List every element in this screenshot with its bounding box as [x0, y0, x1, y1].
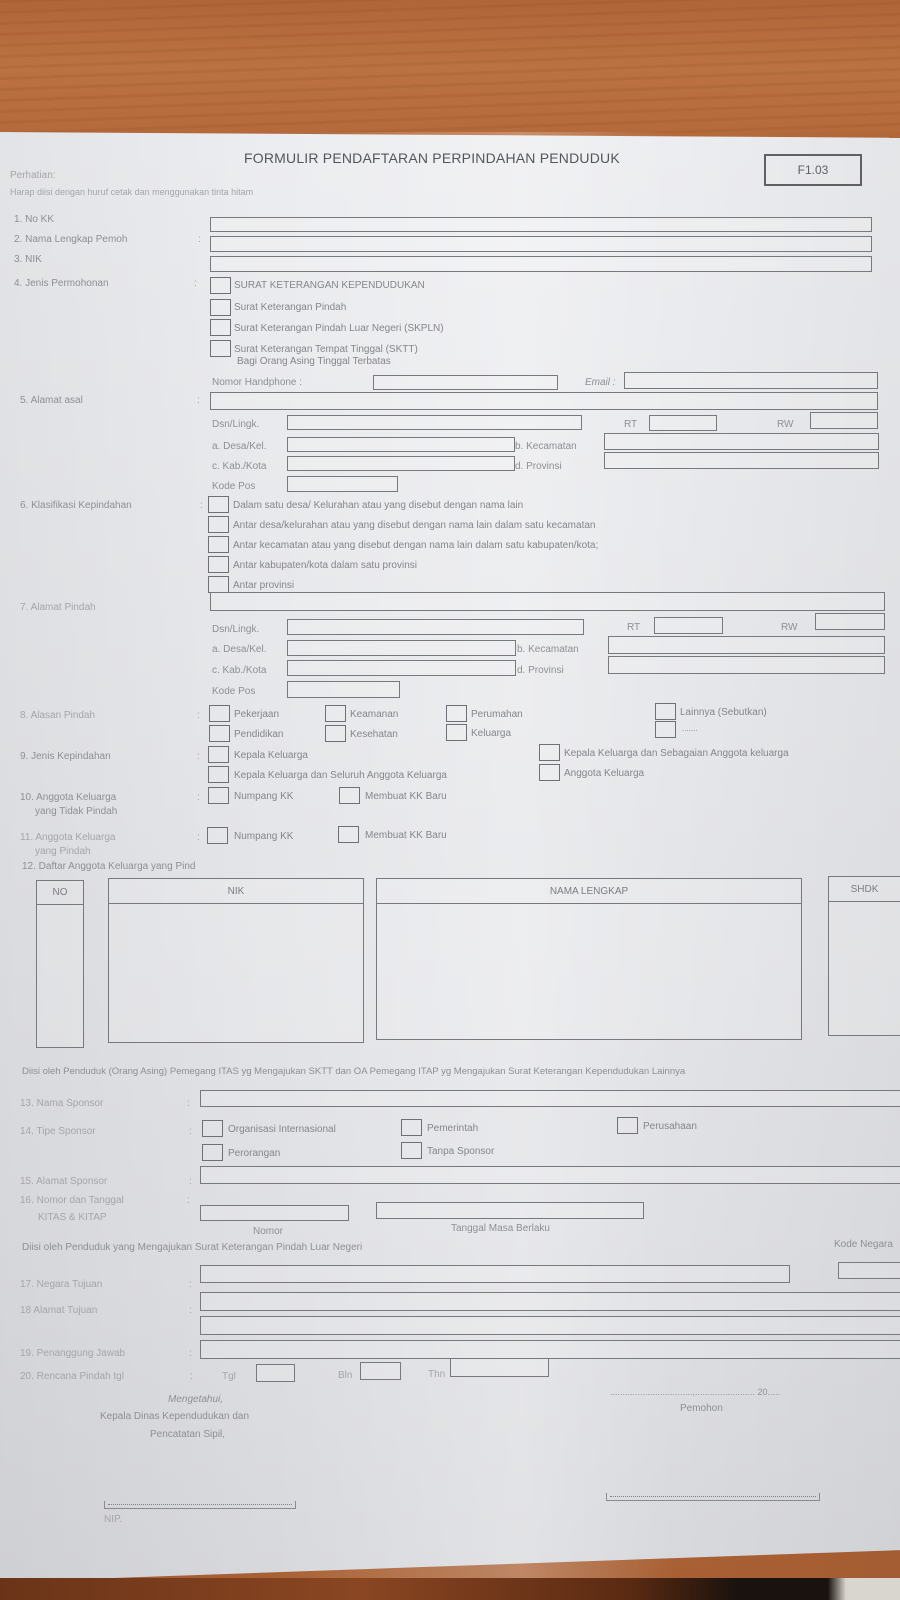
column-header-no: NO: [37, 881, 83, 905]
checkbox-lainnya-text[interactable]: [655, 721, 676, 738]
label-pindah-provinsi: d. Provinsi: [517, 665, 564, 677]
label-asal-dsn: Dsn/Lingk.: [212, 419, 259, 431]
checkbox-klasifikasi-1[interactable]: [208, 496, 229, 513]
colon: :: [190, 1371, 193, 1382]
label-rencana-pindah: 20. Rencana Pindah tgl: [20, 1371, 124, 1383]
checkbox-kepala-keluarga[interactable]: [208, 746, 229, 763]
label-penanggung-jawab: 19. Penanggung Jawab: [20, 1348, 125, 1360]
option-klasifikasi-1: Dalam satu desa/ Kelurahan atau yang dis…: [233, 500, 523, 512]
option-klasifikasi-5: Antar provinsi: [233, 580, 294, 592]
label-asal-kode-pos: Kode Pos: [212, 481, 255, 493]
label-pindah-1: 11. Anggota Keluarga: [20, 832, 115, 844]
option-perumahan: Perumahan: [471, 709, 523, 721]
checkbox-kk-sebagian[interactable]: [539, 744, 560, 761]
option-perusahaan: Perusahaan: [643, 1121, 697, 1133]
checkbox-klasifikasi-3[interactable]: [208, 536, 229, 553]
asal-rw-field[interactable]: [810, 412, 878, 429]
pindah-provinsi-field[interactable]: [608, 656, 885, 674]
label-tidak-pindah-2: yang Tidak Pindah: [35, 806, 117, 818]
table-column-nama-lengkap: NAMA LENGKAP: [376, 878, 802, 1040]
colon: :: [187, 1098, 190, 1109]
pindah-rt-field[interactable]: [654, 617, 723, 634]
option-sk-pindah: Surat Keterangan Pindah: [234, 302, 346, 314]
checkbox-kk-seluruh[interactable]: [208, 766, 229, 783]
colon: :: [197, 710, 200, 721]
asal-rt-field[interactable]: [649, 415, 717, 431]
checkbox-sktt[interactable]: [210, 340, 231, 357]
alamat-sponsor-field[interactable]: [200, 1166, 900, 1184]
checkbox-pekerjaan[interactable]: [209, 705, 230, 722]
alamat-tujuan-field-1[interactable]: [200, 1292, 900, 1311]
asal-kab-field[interactable]: [287, 456, 515, 471]
pindah-dsn-field[interactable]: [287, 619, 584, 635]
checkbox-klasifikasi-5[interactable]: [208, 576, 229, 593]
label-pindah-kab: c. Kab./Kota: [212, 665, 266, 677]
checkbox-keamanan[interactable]: [325, 705, 346, 722]
label-pindah-kode-pos: Kode Pos: [212, 686, 255, 698]
notice-label: Perhatian:: [10, 170, 56, 182]
label-jenis-permohonan: 4. Jenis Permohonan: [14, 278, 109, 290]
asal-kecamatan-field[interactable]: [604, 433, 879, 450]
option-klasifikasi-2: Antar desa/kelurahan atau yang disebut d…: [233, 520, 595, 532]
option-pendidikan: Pendidikan: [234, 729, 283, 741]
option-organisasi-internasional: Organisasi Internasional: [228, 1124, 336, 1136]
label-pindah-desa: a. Desa/Kel.: [212, 644, 266, 656]
asal-provinsi-field[interactable]: [604, 452, 879, 469]
label-tanggal-berlaku: Tanggal Masa Berlaku: [451, 1223, 550, 1235]
colon: :: [189, 1126, 192, 1137]
label-alamat-asal: 5. Alamat asal: [20, 395, 83, 407]
pindah-kecamatan-field[interactable]: [608, 636, 885, 654]
option-kesehatan: Kesehatan: [350, 729, 398, 741]
colon: :: [189, 1348, 192, 1359]
colon: :: [189, 1279, 192, 1290]
asal-kode-pos-field[interactable]: [287, 476, 398, 492]
checkbox-skk[interactable]: [210, 277, 231, 294]
table-column-nik: NIK: [108, 878, 364, 1043]
colon: :: [197, 792, 200, 803]
kitas-nomor-field[interactable]: [200, 1205, 349, 1221]
email-field[interactable]: [624, 372, 878, 389]
penanggung-jawab-field[interactable]: [200, 1340, 900, 1359]
kepala-signature-dots: [108, 1504, 292, 1505]
form-code: F1.03: [764, 154, 862, 186]
label-pindah-dsn: Dsn/Lingk.: [212, 624, 259, 636]
nama-sponsor-field[interactable]: [200, 1090, 900, 1107]
nip-label: NIP.: [104, 1514, 122, 1526]
colon: :: [187, 1195, 190, 1206]
table-column-no: NO: [36, 880, 84, 1048]
checkbox-skpln[interactable]: [210, 319, 231, 336]
label-alamat-tujuan: 18 Alamat Tujuan: [20, 1305, 97, 1317]
colon: :: [194, 278, 197, 289]
checkbox-tanpa-sponsor[interactable]: [401, 1142, 422, 1159]
checkbox-klasifikasi-4[interactable]: [208, 556, 229, 573]
option-kk-seluruh: Kepala Keluarga dan Seluruh Anggota Kelu…: [234, 770, 447, 782]
option-skk: SURAT KETERANGAN KEPENDUDUKAN: [234, 280, 425, 292]
checkbox-pemerintah[interactable]: [401, 1119, 422, 1136]
option-pemerintah: Pemerintah: [427, 1123, 478, 1135]
checkbox-anggota-keluarga[interactable]: [539, 764, 560, 781]
label-tidak-pindah-1: 10. Anggota Keluarga: [20, 792, 116, 804]
checkbox-pindah-kk-baru[interactable]: [338, 826, 359, 843]
label-asal-kecamatan: b. Kecamatan: [515, 441, 577, 453]
checkbox-perorangan[interactable]: [202, 1144, 223, 1161]
label-pindah-rw: RW: [781, 622, 797, 634]
kitas-tanggal-field[interactable]: [376, 1202, 644, 1219]
label-pindah-rt: RT: [627, 622, 640, 634]
label-jenis-kepindahan: 9. Jenis Kepindahan: [20, 751, 111, 763]
label-pindah-2: yang Pindah: [35, 846, 91, 858]
no-kk-field[interactable]: [210, 217, 872, 232]
pencatatan-sipil-label: Pencatatan Sipil,: [150, 1429, 225, 1441]
option-klasifikasi-3: Antar kecamatan atau yang disebut dengan…: [233, 540, 598, 552]
date-line: .................................,......…: [610, 1386, 780, 1398]
checkbox-tidak-pindah-numpang[interactable]: [208, 787, 229, 804]
column-header-nik: NIK: [109, 879, 363, 904]
label-alasan-pindah: 8. Alasan Pindah: [20, 710, 95, 722]
checkbox-pendidikan[interactable]: [209, 725, 230, 742]
label-nomor-tanggal-2: KITAS & KITAP: [38, 1212, 107, 1224]
sktt-sub-note: Bagi Orang Asing Tinggal Terbatas: [237, 356, 391, 368]
thn-field[interactable]: [450, 1358, 549, 1377]
label-nomor: Nomor: [253, 1226, 283, 1238]
label-negara-tujuan: 17. Negara Tujuan: [20, 1279, 102, 1291]
alamat-tujuan-field-2[interactable]: [200, 1316, 900, 1335]
phone-field[interactable]: [373, 375, 558, 390]
lainnya-blank: .......: [682, 723, 698, 735]
option-pindah-kk-baru: Membuat KK Baru: [365, 830, 447, 842]
label-asal-rt: RT: [624, 419, 637, 431]
nik-field[interactable]: [210, 256, 872, 272]
checkbox-sk-pindah[interactable]: [210, 299, 231, 316]
option-pekerjaan: Pekerjaan: [234, 709, 279, 721]
pemohon-label: Pemohon: [680, 1403, 723, 1415]
checkbox-pindah-numpang[interactable]: [207, 827, 228, 844]
colon: :: [200, 500, 203, 511]
checkbox-keluarga[interactable]: [446, 724, 467, 741]
kepala-dinas-label: Kepala Dinas Kependudukan dan: [100, 1411, 249, 1423]
checkbox-lainnya[interactable]: [655, 703, 676, 720]
tgl-field[interactable]: [256, 1364, 295, 1382]
colon: :: [198, 234, 201, 245]
wooden-table-background-bottom: [0, 1578, 900, 1600]
asal-dsn-field[interactable]: [287, 415, 582, 430]
label-alamat-pindah: 7. Alamat Pindah: [20, 602, 96, 614]
label-asal-provinsi: d. Provinsi: [515, 461, 562, 473]
option-anggota-keluarga: Anggota Keluarga: [564, 768, 644, 780]
pindah-desa-field[interactable]: [287, 640, 516, 656]
checkbox-kesehatan[interactable]: [325, 725, 346, 742]
column-header-nama-lengkap: NAMA LENGKAP: [377, 879, 801, 904]
label-bln: Bln: [338, 1370, 352, 1382]
asal-desa-field[interactable]: [287, 437, 515, 452]
alamat-asal-field[interactable]: [210, 392, 878, 410]
label-nama-lengkap: 2. Nama Lengkap Pemoh: [14, 234, 127, 246]
alamat-pindah-field[interactable]: [210, 592, 885, 611]
colon: :: [197, 832, 200, 843]
notice-text: Harap diisi dengan huruf cetak dan mengg…: [10, 186, 253, 198]
negara-tujuan-field[interactable]: [200, 1265, 790, 1283]
orang-asing-note: Diisi oleh Penduduk (Orang Asing) Pemega…: [22, 1066, 685, 1078]
pindah-kab-field[interactable]: [287, 660, 516, 676]
label-kode-negara: Kode Negara: [834, 1239, 893, 1251]
label-nama-sponsor: 13. Nama Sponsor: [20, 1098, 103, 1110]
colon: :: [189, 1176, 192, 1187]
option-klasifikasi-4: Antar kabupaten/kota dalam satu provinsi: [233, 560, 417, 572]
label-email: Email :: [585, 377, 616, 389]
checkbox-organisasi-internasional[interactable]: [202, 1120, 223, 1137]
colon: :: [197, 395, 200, 406]
option-pindah-numpang: Numpang KK: [234, 831, 293, 843]
label-nik: 3. NIK: [14, 254, 42, 266]
label-asal-rw: RW: [777, 419, 793, 431]
colon: :: [189, 1305, 192, 1316]
label-daftar-anggota: 12. Daftar Anggota Keluarga yang Pind: [22, 861, 195, 873]
option-tidak-pindah-kk-baru: Membuat KK Baru: [365, 791, 447, 803]
checkbox-klasifikasi-2[interactable]: [208, 516, 229, 533]
column-header-shdk: SHDK: [829, 877, 900, 902]
label-thn: Thn: [428, 1369, 445, 1381]
pemohon-signature-dots: [610, 1496, 816, 1497]
option-keluarga: Keluarga: [471, 728, 511, 740]
label-tgl: Tgl: [222, 1371, 236, 1383]
option-tidak-pindah-numpang: Numpang KK: [234, 791, 293, 803]
kepala-signature-line[interactable]: [104, 1501, 296, 1509]
label-phone: Nomor Handphone :: [212, 377, 302, 389]
wooden-table-background-top: [0, 0, 900, 134]
checkbox-perusahaan[interactable]: [617, 1117, 638, 1134]
option-skpln: Surat Keterangan Pindah Luar Negeri (SKP…: [234, 323, 444, 335]
pindah-rw-field[interactable]: [815, 613, 885, 630]
option-kk-sebagian: Kepala Keluarga dan Sebagaian Anggota ke…: [564, 748, 789, 760]
label-alamat-sponsor: 15. Alamat Sponsor: [20, 1176, 107, 1188]
label-no-kk: 1. No KK: [14, 214, 54, 226]
label-pindah-kecamatan: b. Kecamatan: [517, 644, 579, 656]
option-perorangan: Perorangan: [228, 1148, 280, 1160]
pemohon-signature-line[interactable]: [606, 1493, 820, 1501]
form-title: FORMULIR PENDAFTARAN PERPINDAHAN PENDUDU…: [244, 150, 620, 166]
colon: :: [197, 751, 200, 762]
table-column-shdk: SHDK: [828, 876, 900, 1036]
option-tanpa-sponsor: Tanpa Sponsor: [427, 1146, 494, 1158]
pindah-kode-pos-field[interactable]: [287, 681, 400, 698]
label-asal-kab: c. Kab./Kota: [212, 461, 266, 473]
mengetahui-label: Mengetahui,: [168, 1394, 223, 1406]
kode-negara-field[interactable]: [838, 1262, 900, 1279]
option-kepala-keluarga: Kepala Keluarga: [234, 750, 308, 762]
nama-lengkap-field[interactable]: [210, 236, 872, 252]
checkbox-tidak-pindah-kk-baru[interactable]: [339, 787, 360, 804]
option-lainnya: Lainnya (Sebutkan): [680, 707, 767, 719]
option-keamanan: Keamanan: [350, 709, 398, 721]
label-asal-desa: a. Desa/Kel.: [212, 441, 266, 453]
label-tipe-sponsor: 14. Tipe Sponsor: [20, 1126, 96, 1138]
label-klasifikasi: 6. Klasifikasi Kepindahan: [20, 500, 132, 512]
checkbox-perumahan[interactable]: [446, 705, 467, 722]
bln-field[interactable]: [360, 1362, 401, 1380]
luar-negeri-note: Diisi oleh Penduduk yang Mengajukan Sura…: [22, 1242, 362, 1254]
option-sktt: Surat Keterangan Tempat Tinggal (SKTT): [234, 344, 418, 356]
label-nomor-tanggal-1: 16. Nomor dan Tanggal: [20, 1195, 124, 1207]
